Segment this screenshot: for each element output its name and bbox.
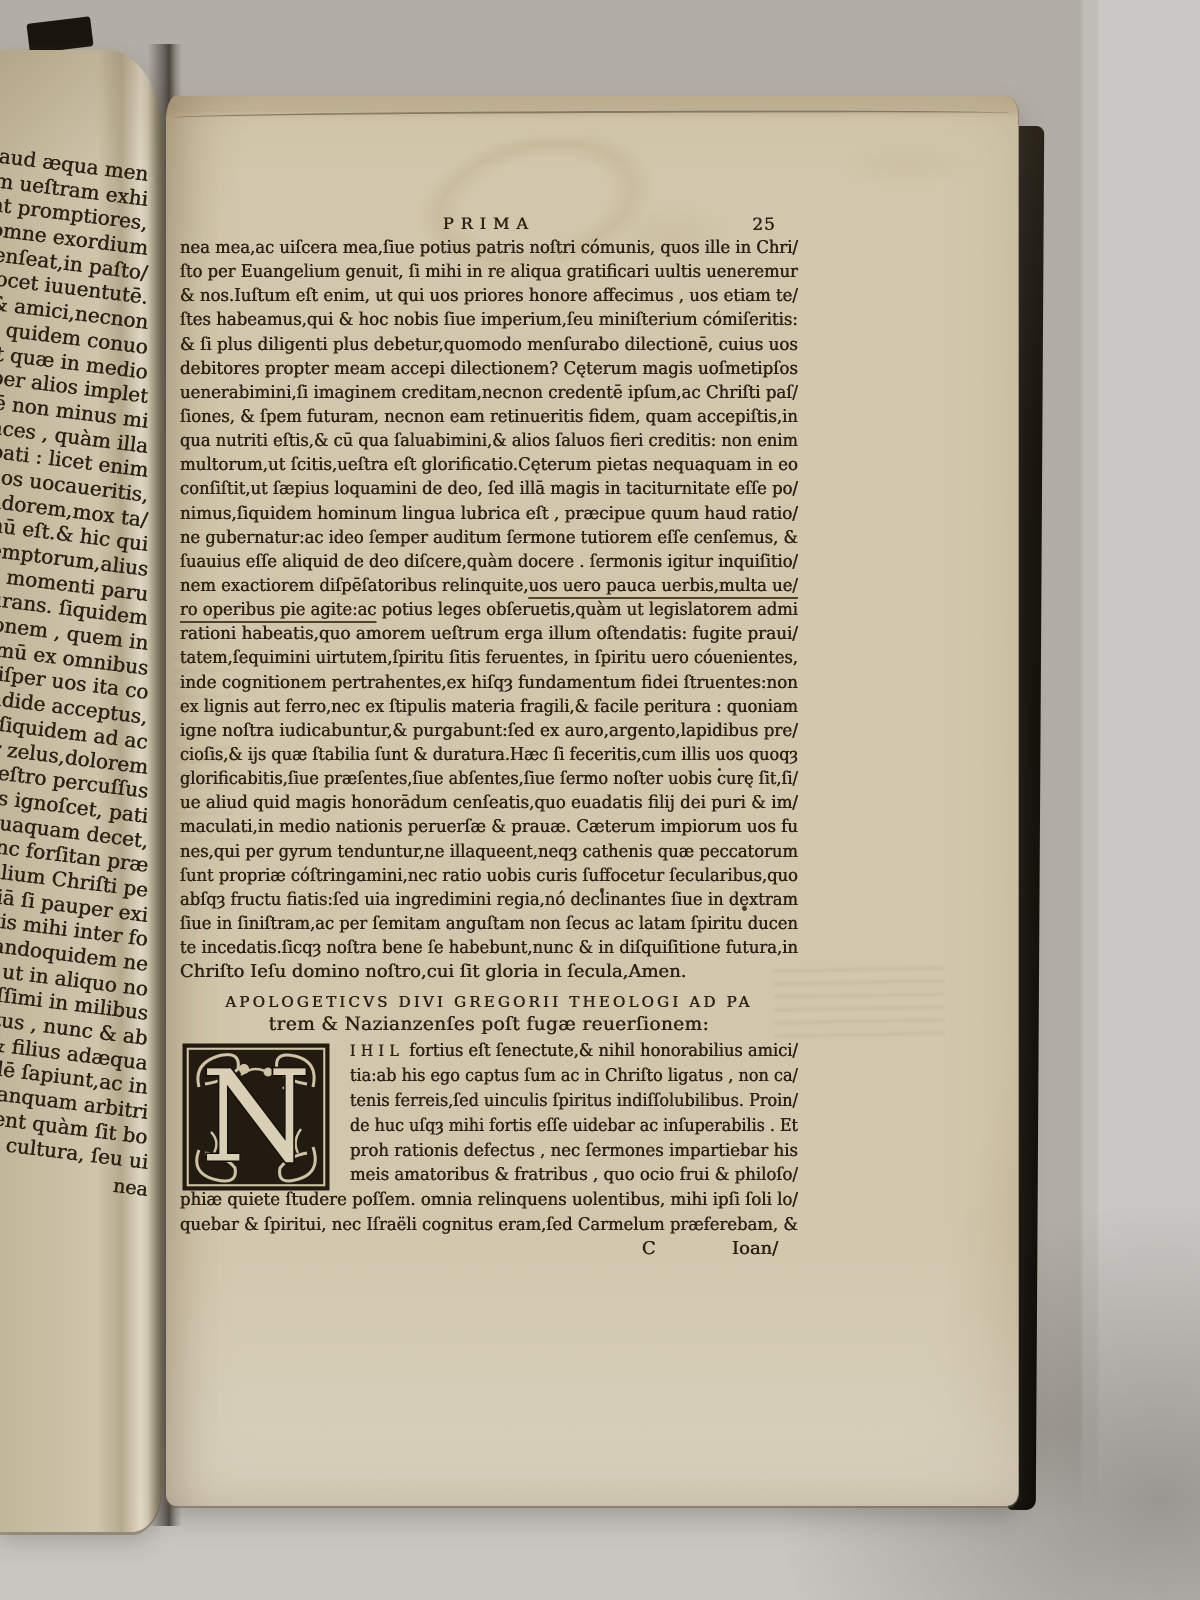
paragraph-last-line: Chriſto Ieſu domino noſtro,cui ſit glori… [180, 960, 798, 984]
text-line: nimus,ſiquidem hominum lingua lubrica eſ… [180, 502, 798, 526]
signature-mark: C [642, 1238, 656, 1259]
text-line: te incedatis.ſicqȝ noſtra bene ſe habebu… [180, 936, 798, 960]
left-page-text-column: haud æqua mentiam ueſtram exhiddat promp… [0, 162, 148, 1203]
text-line: quebar & ſpiritui, nec Iſraëli cognitus … [180, 1213, 798, 1238]
water-stain [806, 134, 1006, 198]
photo-of-open-book: haud æqua mentiam ueſtram exhiddat promp… [0, 0, 1200, 1600]
text-line: & ſi plus diligenti plus debetur,quomodo… [180, 333, 798, 357]
indented-lines: IHIL fortius eſt ſenectute,& nihil honor… [350, 1039, 798, 1188]
catchword: Ioan/ [732, 1238, 778, 1259]
book-cover-sliver [26, 16, 93, 54]
text-line: ex lignis aut ferro,nec ex ſtipulis mate… [180, 695, 798, 719]
text-line: inde cognitionem pertrahentes,ex hiſqȝ f… [180, 671, 798, 695]
second-paragraph: N IHIL fortius eſt ſenectute,& nihil hon… [180, 1039, 798, 1263]
paragraph-lines: nea mea,ac uiſcera mea,ſiue potius patri… [180, 236, 798, 574]
text-line: ſtes habeamus,qui & hoc nobis ſiue imper… [180, 308, 798, 332]
paragraph-lines: tia:ab his ego captus ſum ac in Chriſto … [350, 1064, 798, 1188]
text-line: de huc uſqȝ mihi fortis eſſe uidebar ac … [350, 1114, 798, 1139]
left-page: haud æqua mentiam ueſtram exhiddat promp… [0, 50, 162, 1532]
smallcaps-lead: IHIL [350, 1042, 404, 1060]
text-line: ue aliud quid magis honorādum cenſeatis,… [180, 791, 798, 815]
text-line: nea mea,ac uiſcera mea,ſiue potius patri… [180, 236, 798, 260]
paragraph-lines: rationi habeatis,quo amorem ueſtrum erga… [180, 622, 798, 960]
text-line: tia:ab his ego captus ſum ac in Chriſto … [350, 1064, 798, 1089]
text-line: ſiue in ſiniſtram,ac per ſemitam anguſta… [180, 912, 798, 936]
text-line: multorum,ut ſcitis,ueſtra eſt glorificat… [180, 453, 798, 477]
text-line: igne noſtra iudicabuntur,& purgabunt:ſed… [180, 719, 798, 743]
text-line: conſiſtit,ut ſæpius loquamini de deo, ſe… [180, 477, 798, 501]
first-paragraph: nea mea,ac uiſcera mea,ſiue potius patri… [180, 236, 798, 984]
paragraph-lines: phiæ quiete ſtudere poſſem. omnia relinq… [180, 1188, 798, 1238]
text-line: ſiones, & ſpem futuram, necnon eam retin… [180, 405, 798, 429]
text-line: ne gubernatur:ac ideo ſemper auditum ſer… [180, 526, 798, 550]
text-line-underlined: nem exactiorem diſpēſatoribus relinquite… [180, 574, 798, 598]
running-title: PRIMA [443, 214, 535, 233]
text-line: debitores propter meam accepi dilectione… [180, 357, 798, 381]
text-line: rationi habeatis,quo amorem ueſtrum erga… [180, 622, 798, 646]
page-number: 25 [752, 215, 776, 235]
page-top-edge [172, 109, 1010, 123]
manuscript-underline: uos uero pauca uerbis,multa ue/ [529, 575, 798, 599]
text-line: qua nutriti eſtis,& cū qua ſaluabimini,&… [180, 429, 798, 453]
text-line: tenis ferreis,ſed uinculis ſpiritus indi… [350, 1089, 798, 1114]
page-header: PRIMA 25 [180, 214, 798, 236]
text-line: & nos.Iuſtum eſt enim, ut qui uos priore… [180, 284, 798, 308]
text-line: proh rationis defectus , nec ſermones im… [350, 1139, 798, 1164]
catchword: nea [112, 1174, 150, 1203]
section-heading-line2: trem & Nazianzenſes poſt fugæ reuerſione… [180, 1013, 798, 1037]
text-line: ſuauius eſſe aliquid de deo diſcere,quàm… [180, 550, 798, 574]
text-line: ſto per Euangelium genuit, ſi mihi in re… [180, 260, 798, 284]
svg-text:N: N [201, 1044, 311, 1191]
text-block: PRIMA 25 nea mea,ac uiſcera mea,ſiue pot… [180, 214, 798, 1264]
text-line: abſqȝ fructu fiatis:ſed uia ingredimini … [180, 888, 798, 912]
paragraph-first-line: IHIL fortius eſt ſenectute,& nihil honor… [350, 1039, 798, 1064]
text-line: uenerabimini,ſi imaginem creditam,necnon… [180, 381, 798, 405]
manuscript-underline: ro operibus pie agite:ac [180, 599, 377, 623]
text-line: ſunt propriæ cóſtringamini,nec ratio uob… [180, 864, 798, 888]
woodcut-initial-graphic: N [180, 1042, 332, 1192]
right-page: PRIMA 25 nea mea,ac uiſcera mea,ſiue pot… [166, 96, 1019, 1506]
ink-bleedthrough [773, 967, 944, 1048]
text-line: nes,qui per gyrum tenduntur,ne illaqueen… [180, 840, 798, 864]
text-line: meis amatoribus & fratribus , quo ocio f… [350, 1163, 798, 1188]
text-line: maculati,in medio nationis peruerſæ & pr… [180, 815, 798, 839]
woodcut-initial-N: N [180, 1042, 332, 1192]
text-line: tatem,ſequimini uirtutem,ſpiritu ſitis f… [180, 646, 798, 670]
text-line: glorificabitis,ſiue præſentes,ſiue abſen… [180, 767, 798, 791]
section-heading-line1: APOLOGETICVS DIVI GREGORII THEOLOGI AD P… [180, 991, 798, 1013]
text-line: phiæ quiete ſtudere poſſem. omnia relinq… [180, 1188, 798, 1213]
text-line: cioſis,& ijs quæ ſtabilia ſunt & duratur… [180, 743, 798, 767]
signature-row: C Ioan/ [180, 1238, 798, 1264]
text-line-underlined: ro operibus pie agite:ac potius leges ob… [180, 598, 798, 622]
